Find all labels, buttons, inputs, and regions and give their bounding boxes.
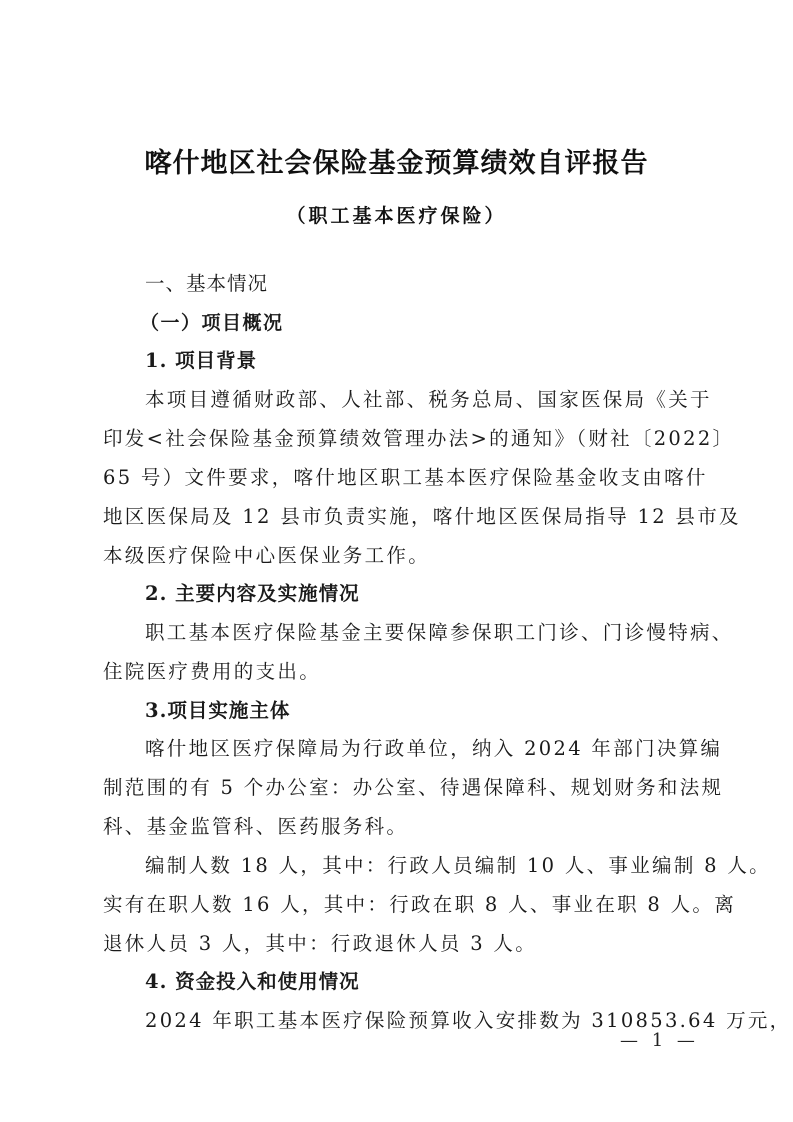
item-heading-implementing-body: 3.项目实施主体	[145, 695, 745, 727]
paragraph-line: 编制人数 18 人，其中：行政人员编制 10 人、事业编制 8 人。	[145, 850, 745, 882]
paragraph-line: 65 号）文件要求，喀什地区职工基本医疗保险基金收支由喀什	[103, 462, 703, 494]
document-subtitle: （职工基本医疗保险）	[0, 201, 793, 228]
section-heading-basic-info: 一、基本情况	[145, 268, 745, 300]
paragraph-line: 本级医疗保险中心医保业务工作。	[103, 540, 703, 572]
paragraph-line: 科、基金监管科、医药服务科。	[103, 811, 703, 843]
paragraph-line: 住院医疗费用的支出。	[103, 656, 703, 688]
paragraph-line: 喀什地区医疗保障局为行政单位，纳入 2024 年部门决算编	[145, 733, 745, 765]
paragraph-line: 地区医保局及 12 县市负责实施，喀什地区医保局指导 12 县市及	[103, 501, 703, 533]
paragraph-line: 印发<社会保险基金预算绩效管理办法>的通知》（财社〔2022〕	[103, 423, 703, 455]
subsection-heading-project-overview: （一）项目概况	[140, 307, 740, 339]
page-number: — 1 —	[620, 1030, 699, 1051]
document-title: 喀什地区社会保险基金预算绩效自评报告	[0, 141, 793, 180]
item-heading-main-content: 2. 主要内容及实施情况	[145, 578, 745, 610]
paragraph-line: 职工基本医疗保险基金主要保障参保职工门诊、门诊慢特病、	[145, 617, 745, 649]
item-heading-funding: 4. 资金投入和使用情况	[145, 966, 745, 998]
paragraph-line: 实有在职人数 16 人，其中：行政在职 8 人、事业在职 8 人。离	[103, 889, 703, 921]
paragraph-line: 制范围的有 5 个办公室：办公室、待遇保障科、规划财务和法规	[103, 772, 703, 804]
document-page: 喀什地区社会保险基金预算绩效自评报告 （职工基本医疗保险） 一、基本情况 （一）…	[0, 0, 793, 1122]
item-heading-project-background: 1. 项目背景	[145, 345, 745, 377]
paragraph-line: 退休人员 3 人，其中：行政退休人员 3 人。	[103, 928, 703, 960]
paragraph-line: 本项目遵循财政部、人社部、税务总局、国家医保局《关于	[145, 384, 745, 416]
